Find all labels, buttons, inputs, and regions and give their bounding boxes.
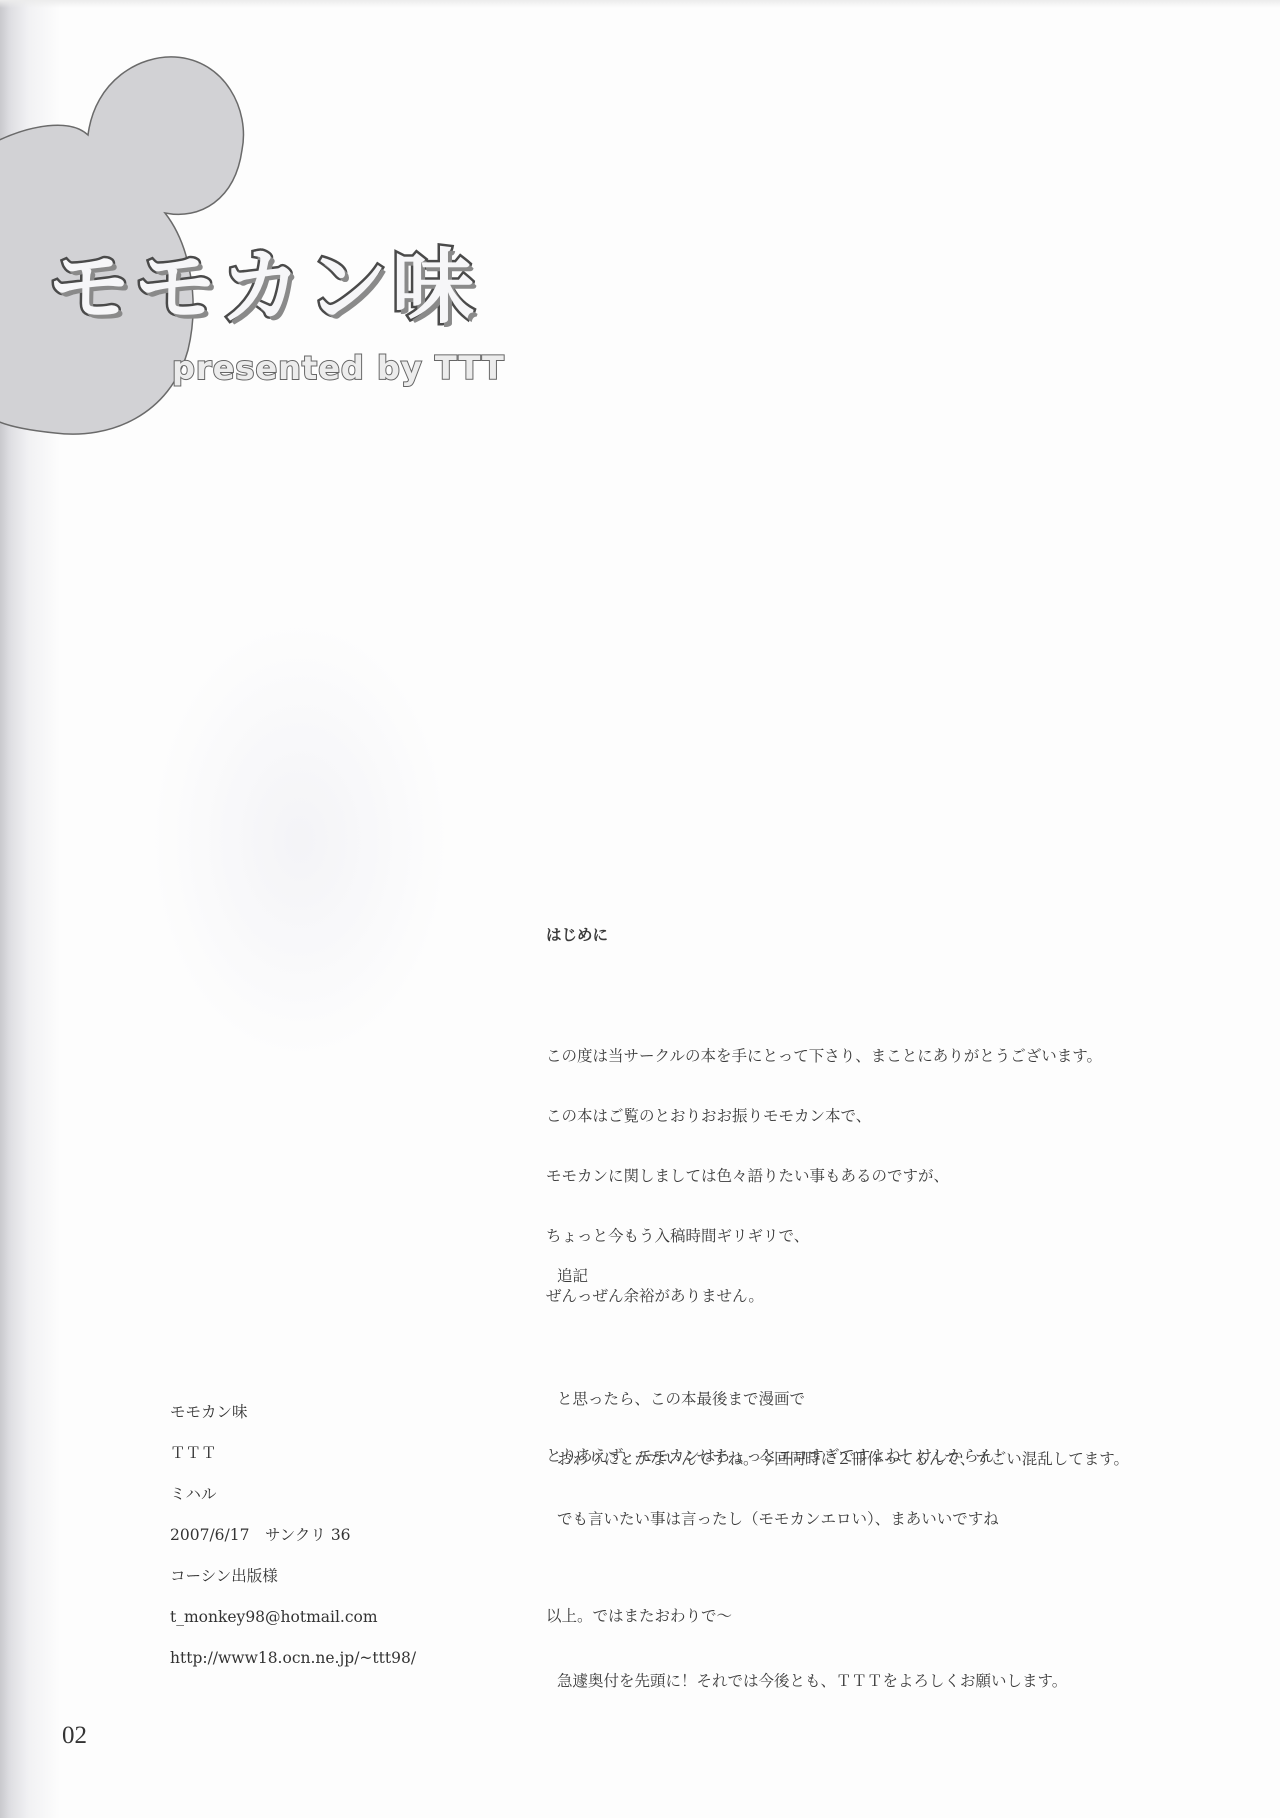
- postscript-paragraph: 急遽奥付を先頭に！それでは今後とも、ＴＴＴをよろしくお願いします。: [557, 1631, 1129, 1731]
- colophon-email: t_monkey98@hotmail.com: [170, 1605, 416, 1646]
- mouse-head-shape-icon: [0, 0, 480, 460]
- intro-heading: はじめに: [546, 925, 1102, 945]
- colophon-date-event: 2007/6/17 サンクリ 36: [170, 1523, 416, 1564]
- colophon-circle: ＴＴＴ: [170, 1441, 416, 1482]
- book-title-logo: モモカン味: [48, 238, 478, 338]
- text-line: この本はご覧のとおりおお振りモモカン本で、: [546, 1106, 1102, 1126]
- colophon: モモカン味 ＴＴＴ ミハル 2007/6/17 サンクリ 36 コーシン出版様 …: [170, 1400, 416, 1687]
- text-line: この度は当サークルの本を手にとって下さり、まことにありがとうございます。: [546, 1046, 1102, 1066]
- postscript-paragraph: と思ったら、この本最後まで漫画で おわりにとかないんですね。今回同時に２冊作って…: [557, 1349, 1129, 1569]
- colophon-url: http://www18.ocn.ne.jp/~ttt98/: [170, 1646, 416, 1687]
- colophon-printer: コーシン出版様: [170, 1564, 416, 1605]
- colophon-author: ミハル: [170, 1482, 416, 1523]
- presented-by-logo: presented by TTT: [172, 348, 505, 388]
- text-line: でも言いたい事は言ったし（モモカンエロい）、まあいいですね: [557, 1509, 1129, 1529]
- colophon-title: モモカン味: [170, 1400, 416, 1441]
- text-line: 急遽奥付を先頭に！それでは今後とも、ＴＴＴをよろしくお願いします。: [557, 1671, 1129, 1691]
- bleed-through-shadow: [150, 620, 450, 1060]
- postscript-section: 追記 と思ったら、この本最後まで漫画で おわりにとかないんですね。今回同時に２冊…: [557, 1226, 1129, 1773]
- text-line: と思ったら、この本最後まで漫画で: [557, 1389, 1129, 1409]
- page-number: 02: [62, 1722, 87, 1750]
- postscript-heading: 追記: [557, 1266, 1129, 1286]
- text-line: モモカンに関しましては色々語りたい事もあるのですが、: [546, 1166, 1102, 1186]
- text-line: おわりにとかないんですね。今回同時に２冊作ってるんで、すごい混乱してます。: [557, 1449, 1129, 1469]
